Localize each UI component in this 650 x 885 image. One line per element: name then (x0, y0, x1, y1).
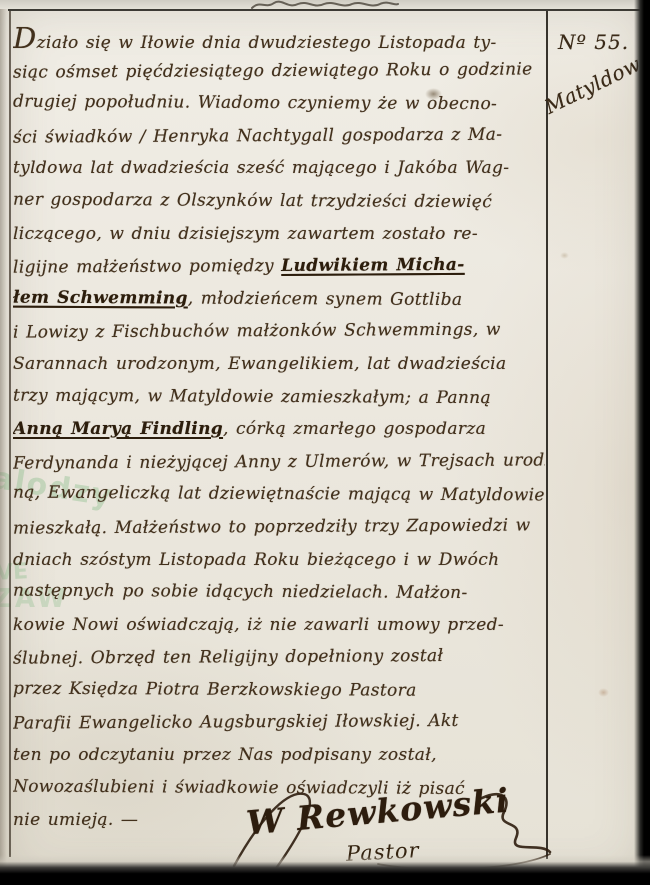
line-text: ślubnej. Obrzęd ten Religijny dopełniony… (13, 646, 443, 669)
scan-edge-left (0, 0, 7, 885)
line-text: kowie Nowi oświadczają, iż nie zawarli u… (13, 615, 504, 635)
handwritten-line: trzy mającym, w Matyldowie zamieszkałym;… (13, 379, 545, 414)
handwritten-line: ślubnej. Obrzęd ten Religijny dopełniony… (13, 640, 545, 676)
line-text: mieszkałą. Małżeństwo to poprzedziły trz… (13, 515, 531, 538)
line-text: ną, Ewangeliczką lat dziewiętnaście mają… (13, 483, 545, 506)
handwritten-line: i Lowizy z Fischbuchów małżonków Schwemm… (13, 314, 545, 350)
line-text: i Lowizy z Fischbuchów małżonków Schwemm… (13, 320, 501, 343)
top-edge-writing (250, 0, 400, 9)
ink-smudge (425, 88, 442, 100)
line-text: siąc ośmset pięćdziesiątego dziewiątego … (13, 59, 533, 82)
underlined-name-text: Ludwikiem Micha- (281, 255, 465, 276)
handwritten-line: tyldowa lat dwadzieścia sześć mającego i… (13, 152, 545, 185)
line-text: następnych po sobie idących niedzielach.… (13, 581, 468, 603)
handwritten-line: łem Schwemming, młodzieńcem synem Gottli… (13, 281, 545, 316)
underlined-name-text: łem Schwemming (13, 287, 188, 308)
handwriting-block: Działo się w Iłowie dnia dwudziestego Li… (13, 22, 545, 844)
line-text: tyldowa lat dwadzieścia sześć mającego i… (13, 158, 509, 178)
table-left-rule (9, 11, 11, 857)
handwritten-line: Sarannach urodzonym, Ewangelikiem, lat d… (13, 348, 545, 381)
line-text: Ferdynanda i nieżyjącej Anny z Ulmerów, … (13, 450, 545, 473)
handwritten-line: ligijne małżeństwo pomiędzy Ludwikiem Mi… (13, 249, 545, 285)
record-number: Nº 55. (558, 30, 629, 54)
paper-stain (560, 252, 569, 259)
handwritten-line: ną, Ewangeliczką lat dziewiętnaście mają… (13, 477, 545, 512)
line-text: nie umieją. — (13, 810, 138, 830)
line-text: Sarannach urodzonym, Ewangelikiem, lat d… (13, 354, 506, 374)
paper-stain (598, 688, 609, 697)
line-text: trzy mającym, w Matyldowie zamieszkałym;… (13, 385, 491, 408)
line-text: Działo się w Iłowie dnia dwudziestego Li… (13, 33, 497, 53)
line-text: ner gospodarza z Olszynków lat trzydzieś… (13, 190, 492, 213)
handwritten-line: Ferdynanda i nieżyjącej Anny z Ulmerów, … (13, 444, 545, 480)
handwritten-line: drugiej popołudniu. Wiadomo czyniemy że … (13, 86, 545, 121)
handwritten-line: dniach szóstym Listopada Roku bieżącego … (13, 544, 545, 577)
line-text: przez Księdza Piotra Berzkowskiego Pasto… (13, 678, 417, 700)
scan-edge-bottom (0, 855, 650, 885)
handwritten-line: Anną Maryą Findling, córką zmarłego gosp… (13, 413, 545, 446)
line-text: ligijne małżeństwo pomiędzy (13, 256, 281, 278)
handwritten-line: siąc ośmset pięćdziesiątego dziewiątego … (13, 53, 545, 89)
handwritten-line: Działo się w Iłowie dnia dwudziestego Li… (13, 22, 545, 55)
line-text: ten po odczytaniu przez Nas podpisany zo… (13, 745, 437, 765)
scanned-document: alodzy VE ZAW Działo się w Iłowie dnia d… (0, 0, 650, 885)
handwritten-line: ten po odczytaniu przez Nas podpisany zo… (13, 739, 545, 772)
table-top-rule (8, 9, 640, 11)
line-text: Parafii Ewangelicko Augsburgskiej Iłowsk… (13, 711, 459, 734)
line-text: dniach szóstym Listopada Roku bieżącego … (13, 550, 499, 570)
margin-column-rule (546, 11, 548, 859)
line-text: , młodzieńcem synem Gottliba (188, 288, 463, 309)
handwritten-line: mieszkałą. Małżeństwo to poprzedziły trz… (13, 509, 545, 545)
handwritten-line: ści świadków / Henryka Nachtygall gospod… (13, 118, 545, 154)
handwritten-line: przez Księdza Piotra Berzkowskiego Pasto… (13, 672, 545, 707)
line-text: ści świadków / Henryka Nachtygall gospod… (13, 124, 502, 147)
handwritten-line: następnych po sobie idących niedzielach.… (13, 575, 545, 610)
underlined-name-text: Anną Maryą Findling (13, 419, 223, 439)
scan-edge-right (634, 0, 650, 885)
handwritten-line: liczącego, w dniu dzisiejszym zawartem z… (13, 218, 545, 251)
line-text: , córką zmarłego gospodarza (223, 419, 486, 439)
handwritten-line: Parafii Ewangelicko Augsburgskiej Iłowsk… (13, 705, 545, 741)
handwritten-line: ner gospodarza z Olszynków lat trzydzieś… (13, 184, 545, 219)
line-text: liczącego, w dniu dzisiejszym zawartem z… (13, 224, 478, 244)
handwritten-line: kowie Nowi oświadczają, iż nie zawarli u… (13, 609, 545, 642)
